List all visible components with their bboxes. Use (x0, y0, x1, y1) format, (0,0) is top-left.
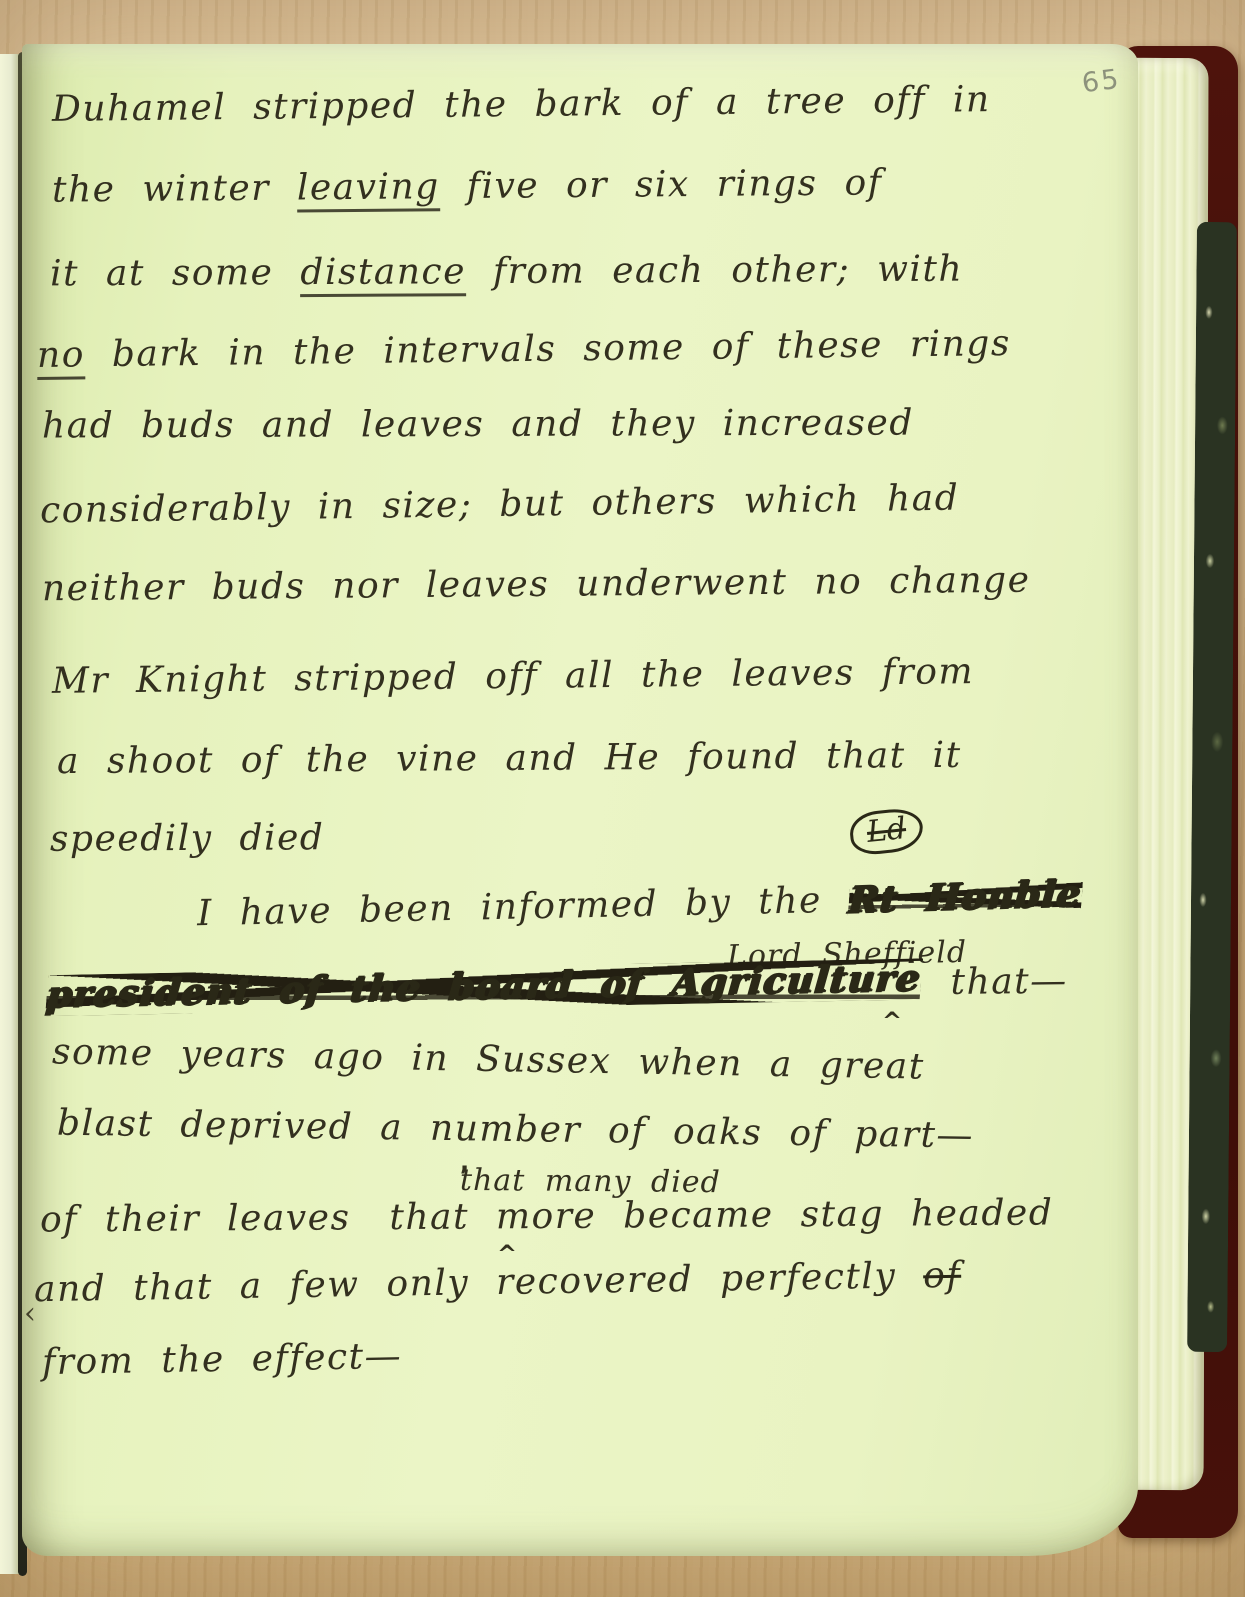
text-segment: five or six rings of (440, 162, 883, 207)
line-1: Duhamel stripped the bark of a tree off … (52, 79, 991, 130)
line-5: had buds and leaves and they increased (42, 402, 914, 446)
line-11: I have been informed by the Rt Honble (197, 875, 1082, 935)
text-segment: and that a few only recovered perfectly (34, 1255, 924, 1310)
line-6: considerably in size; but others which h… (40, 478, 960, 532)
underlined-word-distance: distance (300, 251, 466, 297)
line-17: from the effect— (42, 1336, 403, 1384)
line-12: president of the board of Agriculturetha… (47, 961, 1068, 1013)
line-4: no bark in the intervals some of these r… (37, 323, 1011, 376)
text-segment: from each other; with (466, 249, 963, 293)
underlined-word-no: no (37, 334, 85, 380)
line-2: the winter leaving five or six rings of (52, 162, 883, 211)
line-8: Mr Knight stripped off all the leaves fr… (52, 651, 974, 702)
insertion-caret: ^ (882, 1007, 902, 1035)
underlined-word-leaving: leaving (297, 166, 440, 212)
struck-out-line: president of the board of Agriculture (45, 958, 923, 1016)
line-16: and that a few only recovered perfectly … (34, 1255, 962, 1311)
page-number: 65 (1080, 64, 1122, 99)
line-14: blast deprived a number of oaks of part— (57, 1103, 975, 1157)
line-9: a shoot of the vine and He found that it (57, 735, 962, 783)
line-15: of their leaves that more became stag he… (40, 1192, 1054, 1240)
text-segment: I have been informed by the (197, 880, 849, 935)
struck-out-words: Rt Honble (847, 874, 1083, 922)
text-segment: it at some (50, 252, 301, 294)
text-segment: blast deprived (57, 1103, 381, 1149)
text-segment: bark in the intervals some of these ring… (85, 323, 1011, 375)
line-7: neither buds nor leaves underwent no cha… (42, 560, 1031, 610)
text-segment: that— (950, 961, 1068, 1003)
text-segment: of their leaves (40, 1197, 378, 1240)
text-segment: the winter (52, 167, 297, 210)
line-13: some years ago in Sussex when a great (52, 1031, 925, 1088)
margin-mark: ‹ (24, 1296, 36, 1331)
wooden-desk-background: 65 Duhamel stripped the bark of a tree o… (0, 0, 1245, 1597)
text-segment: that more became stag headed (389, 1192, 1053, 1238)
manuscript-page: 65 Duhamel stripped the bark of a tree o… (22, 44, 1138, 1556)
struck-out-word-of: of (923, 1255, 962, 1297)
line-10: speedily died (50, 817, 325, 860)
circled-deleted-word: Ld (848, 806, 925, 856)
line-3: it at some distance from each other; wit… (50, 249, 963, 295)
facing-page-edge (0, 54, 20, 1574)
